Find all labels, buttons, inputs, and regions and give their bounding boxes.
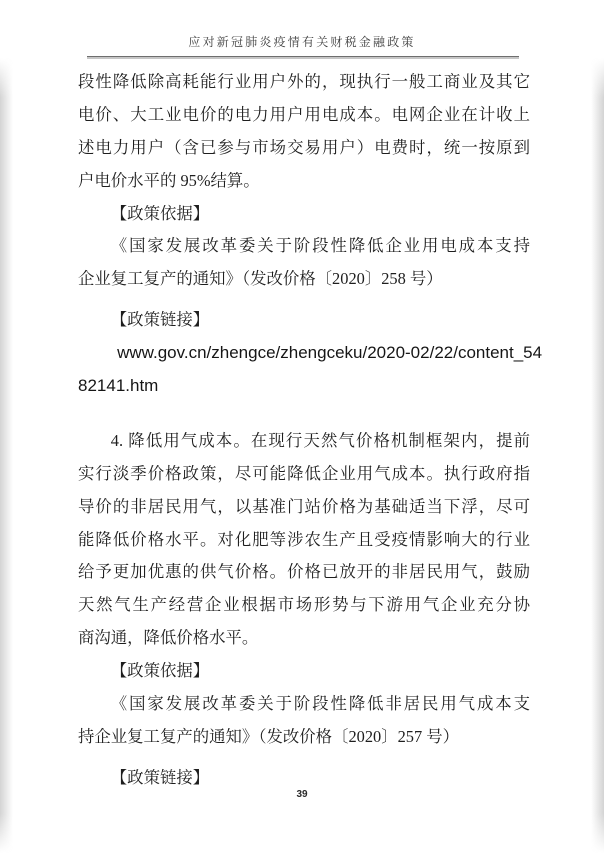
body-line: 4. 降低用气成本。在现行天然气价格机制框架内，提前 [78, 425, 530, 458]
page-right-shadow [591, 58, 604, 853]
body-line: 商沟通，降低价格水平。 [78, 622, 530, 655]
page-number: 39 [0, 789, 604, 800]
policy-url-line: www.gov.cn/zhengce/zhengceku/2020-02/22/… [78, 337, 530, 370]
running-header: 应对新冠肺炎疫情有关财税金融政策 [0, 33, 604, 50]
body-line: 导价的非居民用气，以基准门站价格为基础适当下浮，尽可 [78, 491, 530, 524]
policy-url-line: 82141.htm [78, 370, 530, 403]
policy-quote-line: 企业复工复产的通知》（发改价格〔2020〕258 号） [78, 263, 530, 296]
body-line: 给予更加优惠的供气价格。价格已放开的非居民用气，鼓励 [78, 556, 530, 589]
policy-link-label: 【政策链接】 [78, 304, 530, 337]
header-rule [87, 56, 519, 59]
body-line: 电价、大工业电价的电力用户用电成本。电网企业在计收上 [78, 99, 530, 132]
body-line: 实行淡季价格政策，尽可能降低企业用气成本。执行政府指 [78, 458, 530, 491]
policy-quote-line: 《国家发展改革委关于阶段性降低非居民用气成本支 [78, 688, 530, 721]
body-line: 户电价水平的 95%结算。 [78, 165, 530, 198]
body-line: 能降低价格水平。对化肥等涉农生产且受疫情影响大的行业 [78, 524, 530, 557]
policy-basis-label: 【政策依据】 [78, 198, 530, 231]
policy-quote-line: 《国家发展改革委关于阶段性降低企业用电成本支持 [78, 230, 530, 263]
document-body: 段性降低除高耗能行业用户外的，现执行一般工商业及其它电价、大工业电价的电力用户用… [78, 66, 530, 795]
document-page: 应对新冠肺炎疫情有关财税金融政策 段性降低除高耗能行业用户外的，现执行一般工商业… [0, 0, 604, 865]
policy-basis-label: 【政策依据】 [78, 655, 530, 688]
body-line: 述电力用户（含已参与市场交易用户）电费时，统一按原到 [78, 132, 530, 165]
page-left-shadow [0, 58, 13, 853]
policy-quote-line: 持企业复工复产的通知》（发改价格〔2020〕257 号） [78, 721, 530, 754]
body-line: 天然气生产经营企业根据市场形势与下游用气企业充分协 [78, 589, 530, 622]
body-line: 段性降低除高耗能行业用户外的，现执行一般工商业及其它 [78, 66, 530, 99]
